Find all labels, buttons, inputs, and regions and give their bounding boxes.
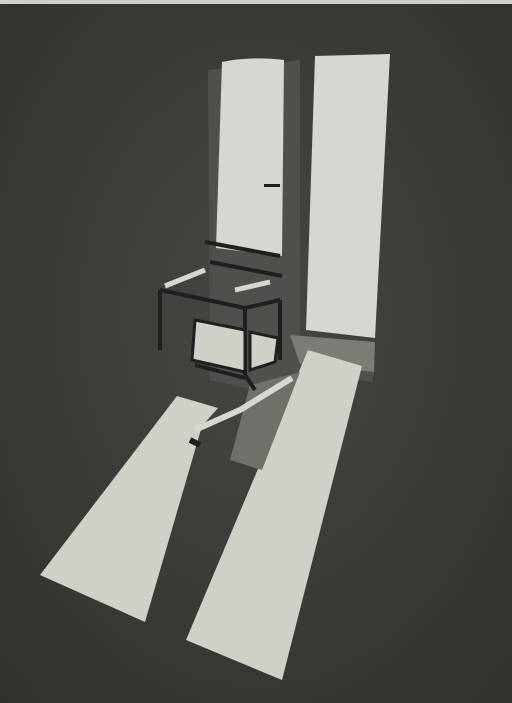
etching-illustration bbox=[0, 0, 512, 703]
window-latch bbox=[264, 184, 280, 187]
top-paper-edge bbox=[0, 0, 512, 4]
artwork-canvas bbox=[0, 0, 512, 703]
left-window-light bbox=[216, 58, 284, 256]
